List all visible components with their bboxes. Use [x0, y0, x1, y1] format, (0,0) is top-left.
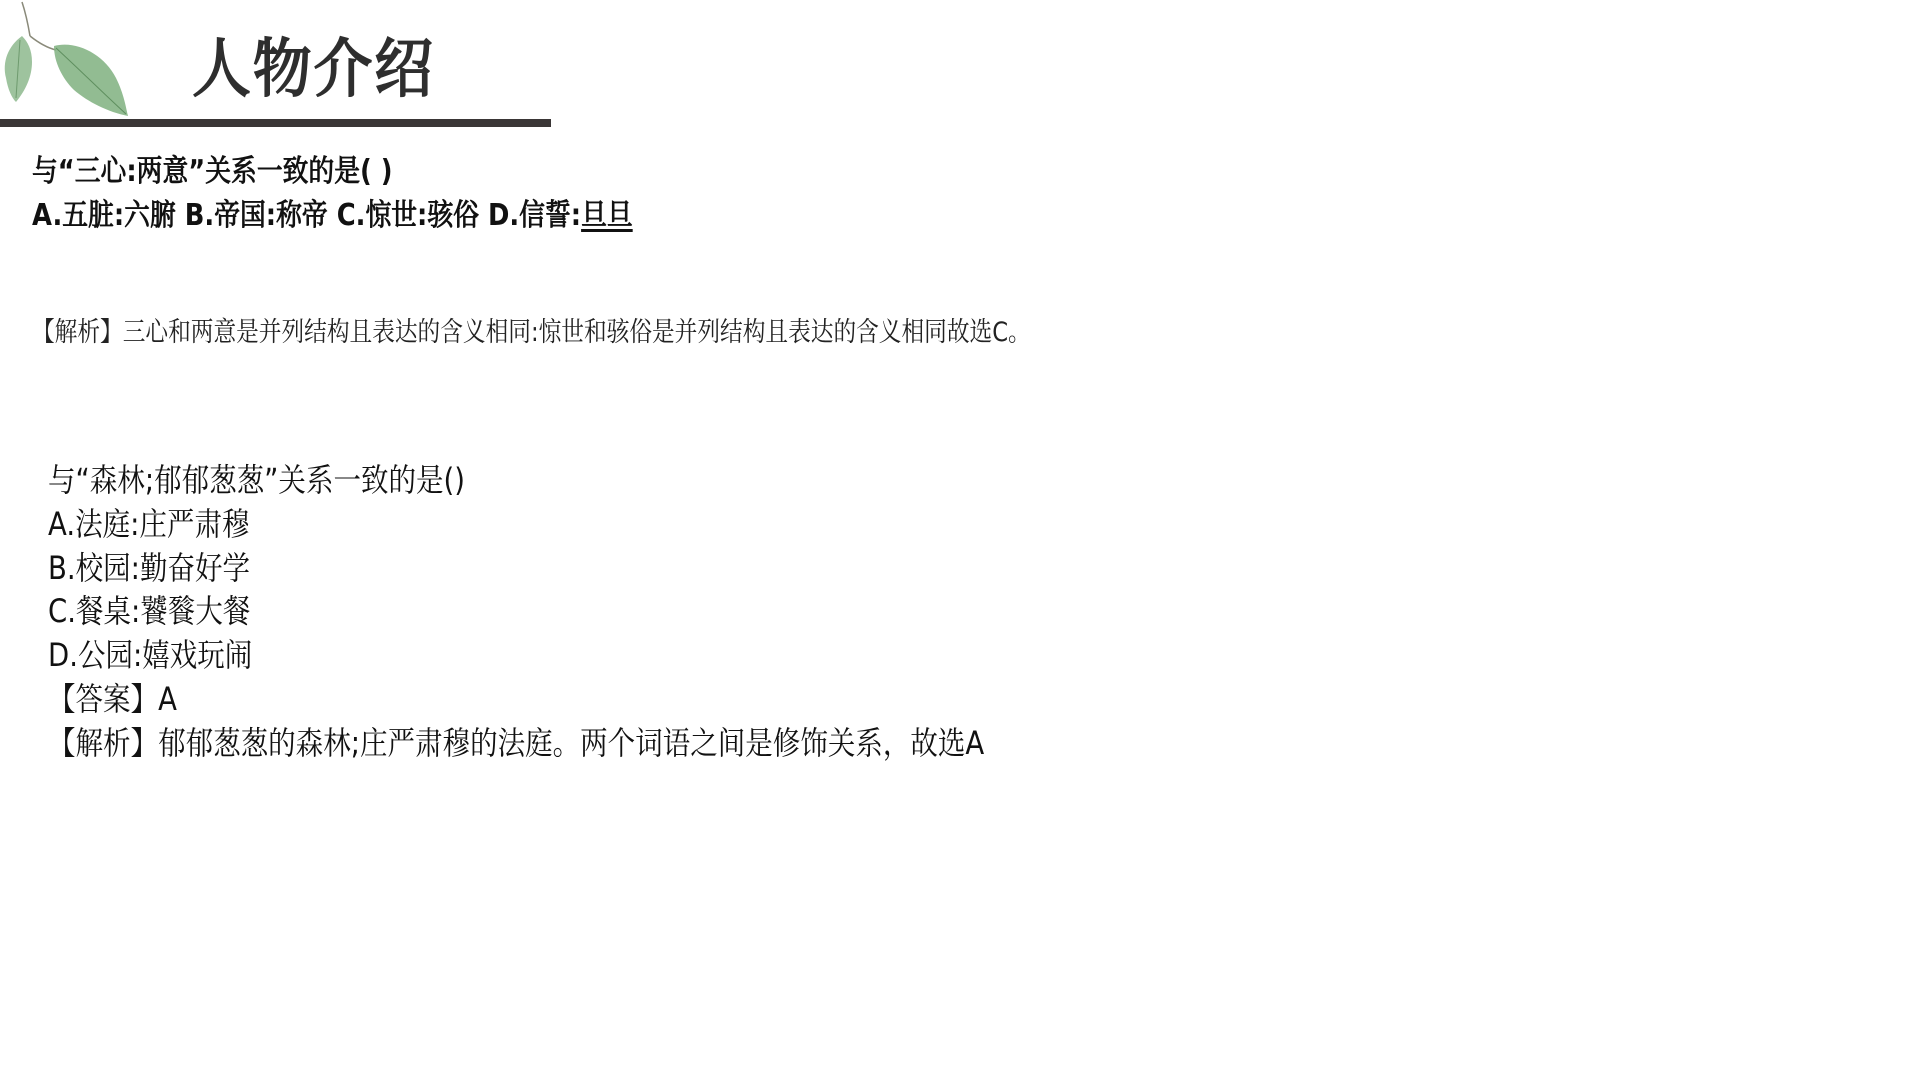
question-2-stem: 与“森林;郁郁葱葱”关系一致的是()	[48, 458, 984, 502]
question-2-option-b: B.校园:勤奋好学	[48, 546, 984, 590]
question-1-analysis: 【解析】三心和两意是并列结构且表达的含义相同:惊世和骇俗是并列结构且表达的含义相…	[32, 315, 1031, 351]
question-1: 与“三心:两意”关系一致的是( ) A.五脏:六腑 B.帝国:称帝 C.惊世:骇…	[32, 150, 633, 238]
question-1-stem: 与“三心:两意”关系一致的是( )	[32, 150, 633, 194]
leaves-decoration-icon	[0, 0, 135, 118]
question-1-options-text: A.五脏:六腑 B.帝国:称帝 C.惊世:骇俗 D.信誓:	[32, 198, 581, 233]
question-2: 与“森林;郁郁葱葱”关系一致的是() A.法庭:庄严肃穆 B.校园:勤奋好学 C…	[48, 458, 984, 765]
question-2-option-c: C.餐桌:饕餮大餐	[48, 589, 984, 633]
title-underline-divider	[0, 119, 551, 127]
page-title: 人物介绍	[192, 30, 435, 110]
question-2-option-d: D.公园:嬉戏玩闹	[48, 633, 984, 677]
question-1-options: A.五脏:六腑 B.帝国:称帝 C.惊世:骇俗 D.信誓:旦旦	[32, 194, 633, 238]
question-2-analysis: 【解析】郁郁葱葱的森林;庄严肃穆的法庭。两个词语之间是修饰关系，故选A	[48, 721, 984, 765]
question-1-underlined-answer: 旦旦	[581, 198, 633, 233]
question-2-option-a: A.法庭:庄严肃穆	[48, 502, 984, 546]
question-2-answer: 【答案】A	[48, 677, 984, 721]
